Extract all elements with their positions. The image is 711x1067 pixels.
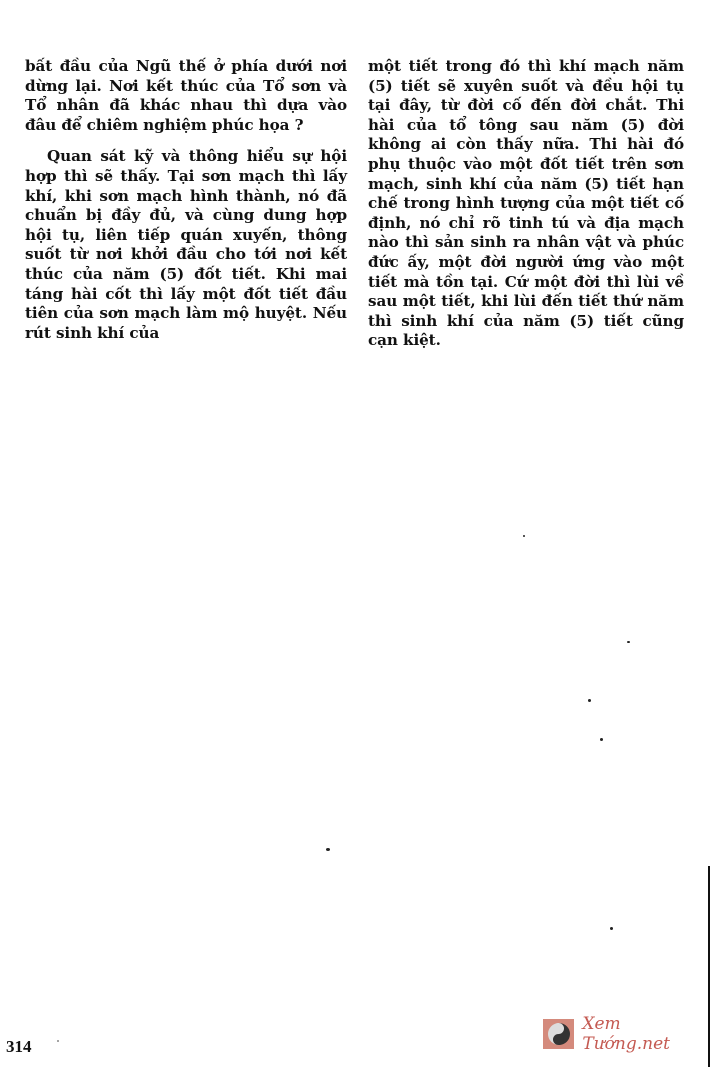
paragraph-2: Quan sát kỹ và thông hiểu sự hội hợp thì…: [25, 147, 347, 343]
scan-speck: [57, 1040, 59, 1042]
scan-speck: [523, 535, 525, 537]
scan-speck: [600, 738, 603, 741]
scan-edge-border: [708, 866, 710, 1067]
paragraph-3: một tiết trong đó thì khí mạch năm (5) t…: [368, 57, 684, 351]
paragraph-1: bất đầu của Ngũ thế ở phía dưới nơi dừng…: [25, 57, 347, 135]
left-column: bất đầu của Ngũ thế ở phía dưới nơi dừng…: [25, 57, 347, 343]
watermark-logo: Xem Tướng.net: [543, 1014, 711, 1054]
scan-speck: [588, 699, 591, 702]
right-column: một tiết trong đó thì khí mạch năm (5) t…: [368, 57, 684, 351]
scan-speck: [610, 927, 613, 930]
watermark-text: Xem Tướng.net: [582, 1014, 711, 1054]
page-number: 314: [6, 1037, 32, 1057]
scan-speck: [326, 848, 330, 851]
scan-speck: [627, 641, 630, 643]
yin-yang-icon: [543, 1019, 574, 1049]
